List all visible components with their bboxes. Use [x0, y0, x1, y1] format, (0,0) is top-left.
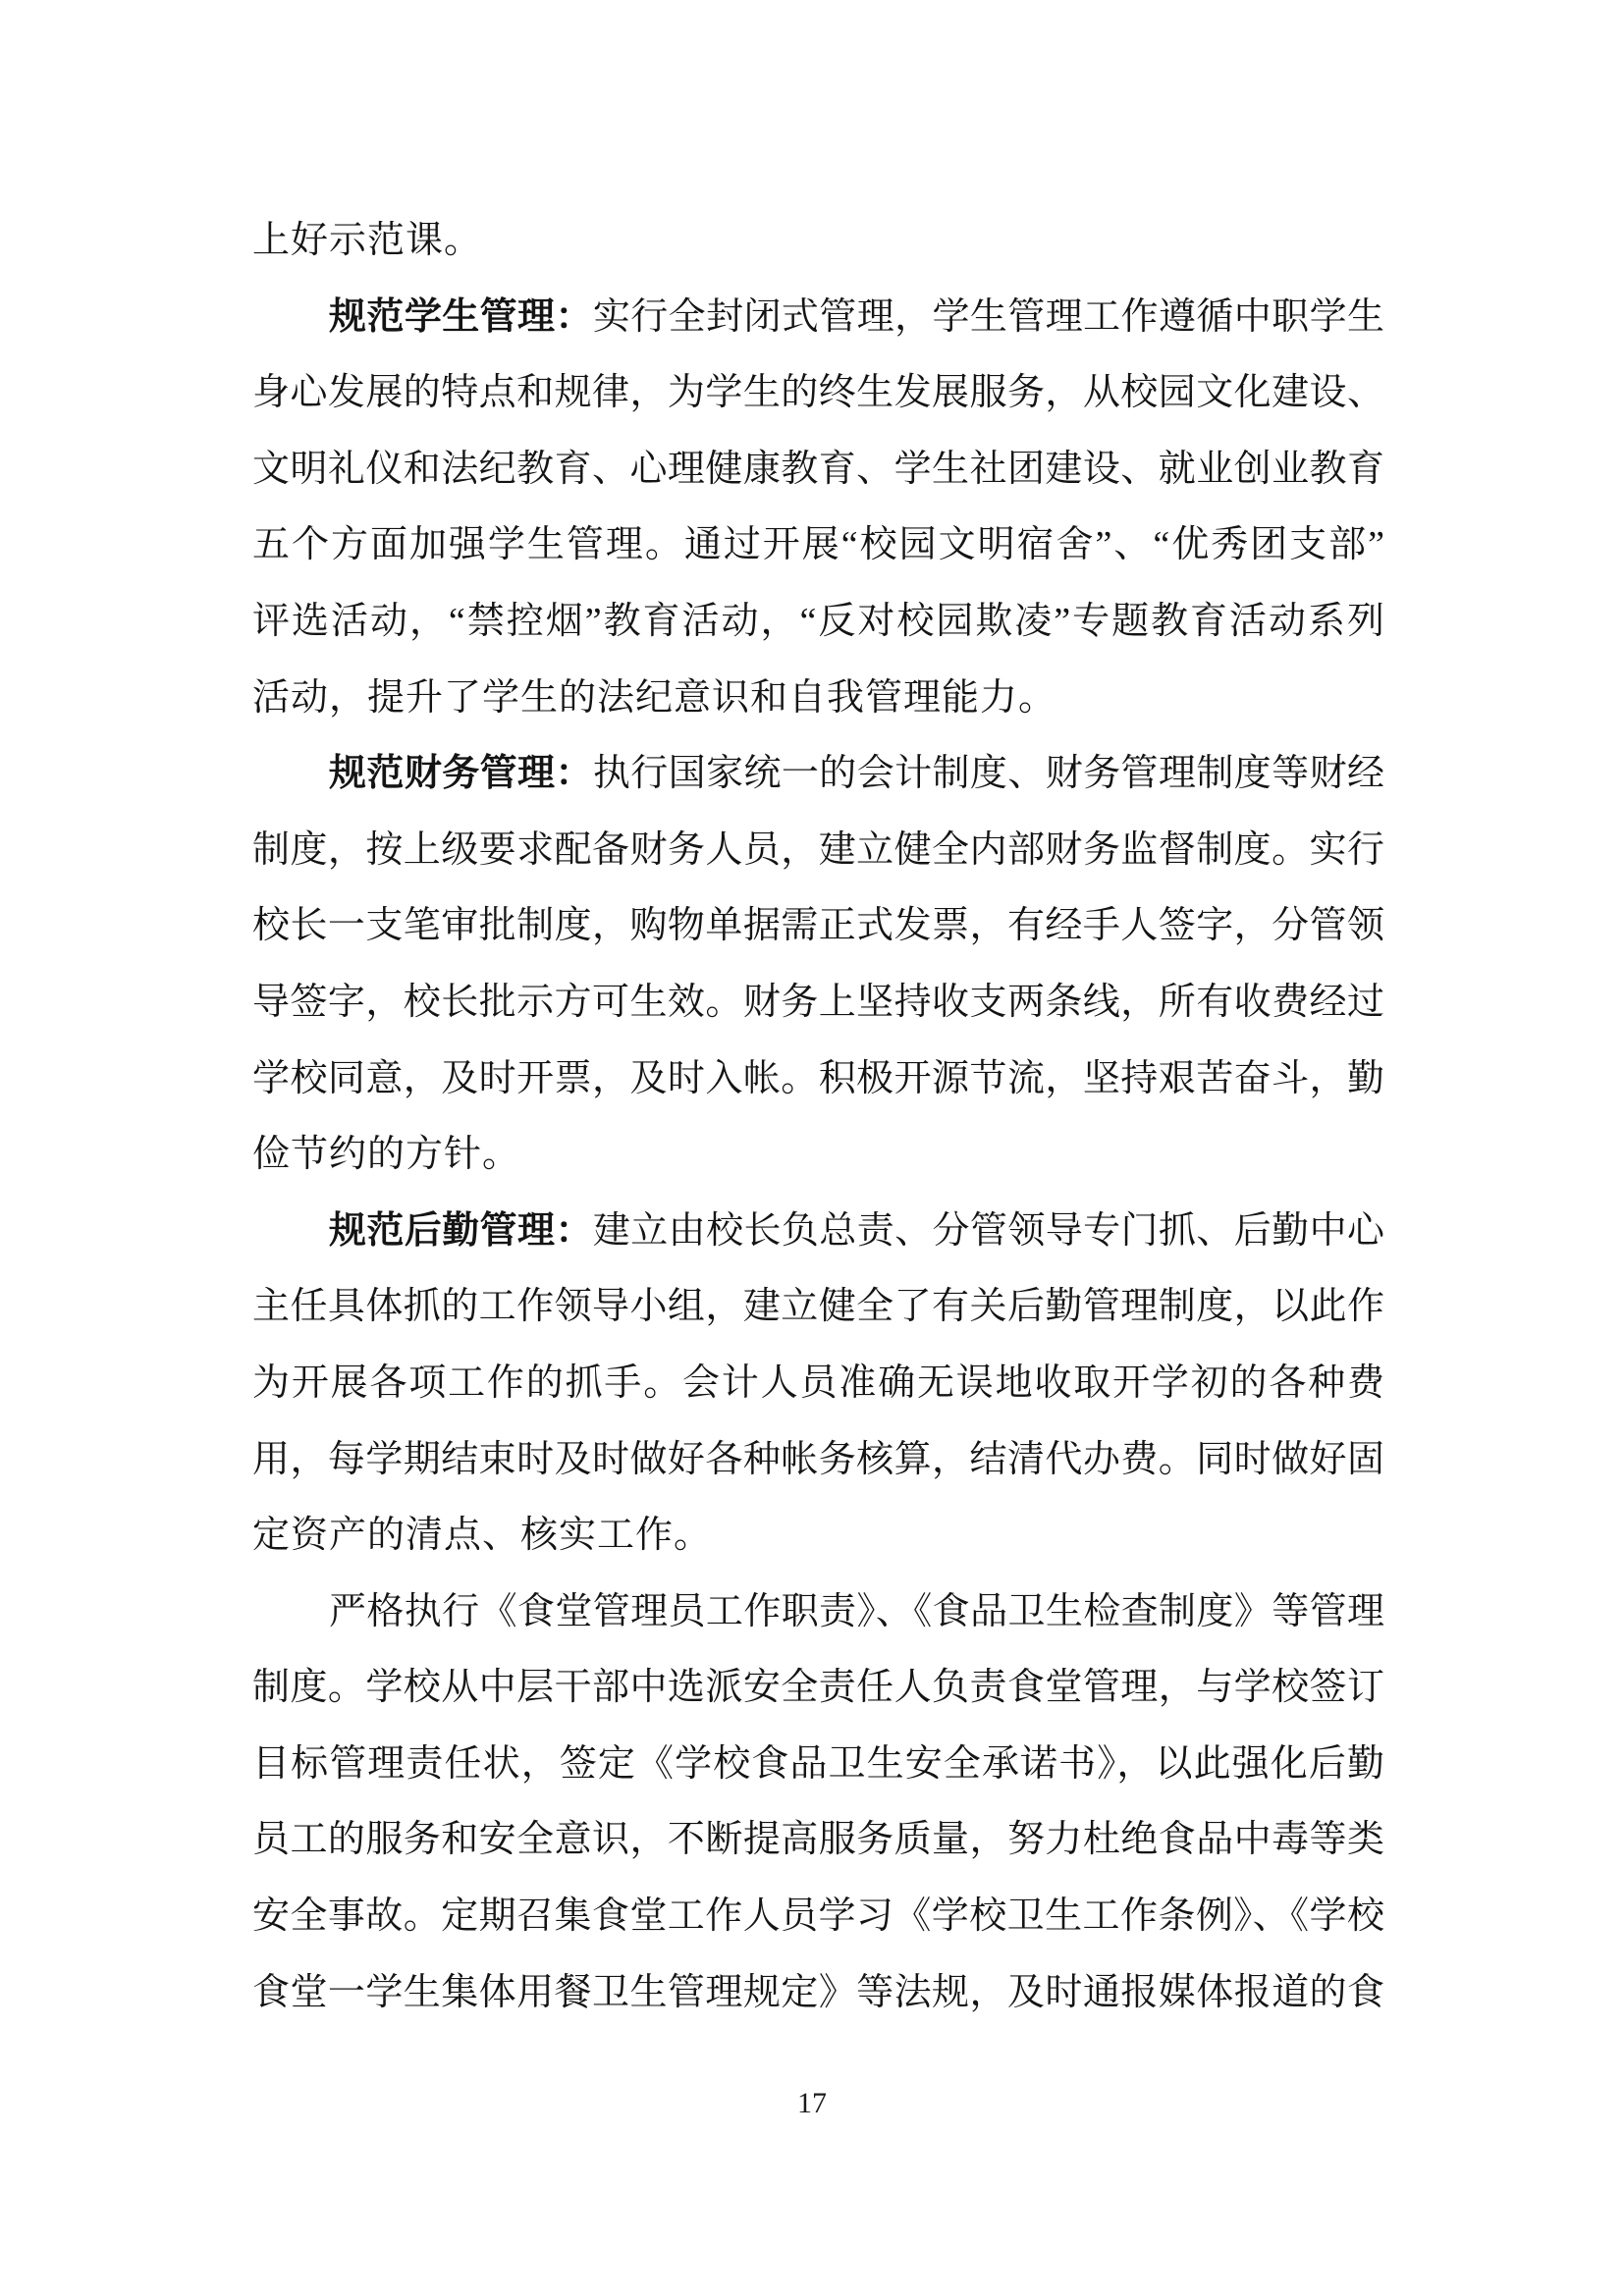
text-line: 导签字，校长批示方可生效。财务上坚持收支两条线，所有收费经过	[252, 965, 1384, 1041]
text-line: 规范学生管理：实行全封闭式管理，学生管理工作遵循中职学生	[252, 280, 1384, 356]
text-run: 目标管理责任状，签定《学校食品卫生安全承诺书》，以此强化后勤	[252, 1743, 1384, 1785]
text-line: 俭节约的方针。	[252, 1117, 1384, 1194]
paragraph: 上好示范课。	[252, 203, 1384, 280]
text-run: 制度。学校从中层干部中选派安全责任人负责食堂管理，与学校签订	[252, 1667, 1384, 1708]
text-line: 目标管理责任状，签定《学校食品卫生安全承诺书》，以此强化后勤	[252, 1727, 1384, 1803]
text-run: 为开展各项工作的抓手。会计人员准确无误地收取开学初的各种费	[252, 1362, 1384, 1404]
text-line: 严格执行《食堂管理员工作职责》、《食品卫生检查制度》等管理	[252, 1575, 1384, 1651]
text-run: 食堂一学生集体用餐卫生管理规定》等法规，及时通报媒体报道的食	[252, 1972, 1384, 2013]
text-run: 校长一支笔审批制度，购物单据需正式发票，有经手人签字，分管领	[252, 905, 1384, 946]
paragraph: 规范学生管理：实行全封闭式管理，学生管理工作遵循中职学生身心发展的特点和规律，为…	[252, 280, 1384, 737]
text-line: 食堂一学生集体用餐卫生管理规定》等法规，及时通报媒体报道的食	[252, 1955, 1384, 2032]
text-line: 为开展各项工作的抓手。会计人员准确无误地收取开学初的各种费	[252, 1346, 1384, 1422]
section-heading-run: 规范后勤管理：	[329, 1210, 593, 1252]
text-line: 制度，按上级要求配备财务人员，建立健全内部财务监督制度。实行	[252, 813, 1384, 889]
text-run: 文明礼仪和法纪教育、心理健康教育、学生社团建设、就业创业教育	[252, 449, 1384, 490]
page-footer: 17	[0, 2087, 1624, 2120]
text-line: 上好示范课。	[252, 203, 1384, 280]
text-run: 导签字，校长批示方可生效。财务上坚持收支两条线，所有收费经过	[252, 982, 1384, 1023]
text-line: 定资产的清点、核实工作。	[252, 1498, 1384, 1575]
page-number: 17	[797, 2087, 827, 2119]
text-line: 主任具体抓的工作领导小组，建立健全了有关后勤管理制度，以此作	[252, 1269, 1384, 1346]
text-run: 员工的服务和安全意识，不断提高服务质量，努力杜绝食品中毒等类	[252, 1819, 1384, 1860]
text-line: 文明礼仪和法纪教育、心理健康教育、学生社团建设、就业创业教育	[252, 432, 1384, 508]
text-run: 活动，提升了学生的法纪意识和自我管理能力。	[252, 677, 1056, 719]
text-line: 五个方面加强学生管理。通过开展“校园文明宿舍”、“优秀团支部”	[252, 507, 1384, 584]
text-run: 执行国家统一的会计制度、财务管理制度等财经	[593, 753, 1384, 794]
text-run: 建立由校长负总责、分管领导专门抓、后勤中心	[593, 1210, 1384, 1252]
text-line: 身心发展的特点和规律，为学生的终生发展服务，从校园文化建设、	[252, 355, 1384, 432]
text-line: 规范后勤管理：建立由校长负总责、分管领导专门抓、后勤中心	[252, 1194, 1384, 1270]
section-heading-run: 规范财务管理：	[329, 753, 593, 794]
text-line: 活动，提升了学生的法纪意识和自我管理能力。	[252, 661, 1384, 737]
text-run: 制度，按上级要求配备财务人员，建立健全内部财务监督制度。实行	[252, 829, 1384, 871]
text-line: 评选活动，“禁控烟”教育活动，“反对校园欺凌”专题教育活动系列	[252, 584, 1384, 661]
text-run: 俭节约的方针。	[252, 1134, 520, 1175]
text-run: 身心发展的特点和规律，为学生的终生发展服务，从校园文化建设、	[252, 372, 1384, 413]
text-run: 上好示范课。	[252, 220, 482, 261]
text-line: 学校同意，及时开票，及时入帐。积极开源节流，坚持艰苦奋斗，勤	[252, 1041, 1384, 1118]
text-run: 评选活动，“禁控烟”教育活动，“反对校园欺凌”专题教育活动系列	[252, 601, 1384, 642]
document-body: 上好示范课。规范学生管理：实行全封闭式管理，学生管理工作遵循中职学生身心发展的特…	[252, 203, 1384, 2031]
section-heading-run: 规范学生管理：	[329, 296, 593, 338]
document-page: 上好示范课。规范学生管理：实行全封闭式管理，学生管理工作遵循中职学生身心发展的特…	[0, 0, 1624, 2296]
paragraph: 严格执行《食堂管理员工作职责》、《食品卫生检查制度》等管理制度。学校从中层干部中…	[252, 1575, 1384, 2032]
text-run: 五个方面加强学生管理。通过开展“校园文明宿舍”、“优秀团支部”	[252, 524, 1384, 565]
text-run: 定资产的清点、核实工作。	[252, 1515, 712, 1556]
text-line: 员工的服务和安全意识，不断提高服务质量，努力杜绝食品中毒等类	[252, 1802, 1384, 1879]
text-run: 用，每学期结束时及时做好各种帐务核算，结清代办费。同时做好固	[252, 1439, 1384, 1480]
text-line: 安全事故。定期召集食堂工作人员学习《学校卫生工作条例》、《学校	[252, 1879, 1384, 1955]
text-run: 严格执行《食堂管理员工作职责》、《食品卫生检查制度》等管理	[329, 1591, 1384, 1632]
text-run: 安全事故。定期召集食堂工作人员学习《学校卫生工作条例》、《学校	[252, 1896, 1384, 1937]
text-run: 主任具体抓的工作领导小组，建立健全了有关后勤管理制度，以此作	[252, 1286, 1384, 1327]
paragraph: 规范财务管理：执行国家统一的会计制度、财务管理制度等财经制度，按上级要求配备财务…	[252, 736, 1384, 1194]
text-run: 学校同意，及时开票，及时入帐。积极开源节流，坚持艰苦奋斗，勤	[252, 1058, 1384, 1099]
paragraph: 规范后勤管理：建立由校长负总责、分管领导专门抓、后勤中心主任具体抓的工作领导小组…	[252, 1194, 1384, 1575]
text-line: 用，每学期结束时及时做好各种帐务核算，结清代办费。同时做好固	[252, 1422, 1384, 1499]
text-line: 制度。学校从中层干部中选派安全责任人负责食堂管理，与学校签订	[252, 1650, 1384, 1727]
text-line: 规范财务管理：执行国家统一的会计制度、财务管理制度等财经	[252, 736, 1384, 813]
text-line: 校长一支笔审批制度，购物单据需正式发票，有经手人签字，分管领	[252, 888, 1384, 965]
text-run: 实行全封闭式管理，学生管理工作遵循中职学生	[593, 296, 1384, 338]
